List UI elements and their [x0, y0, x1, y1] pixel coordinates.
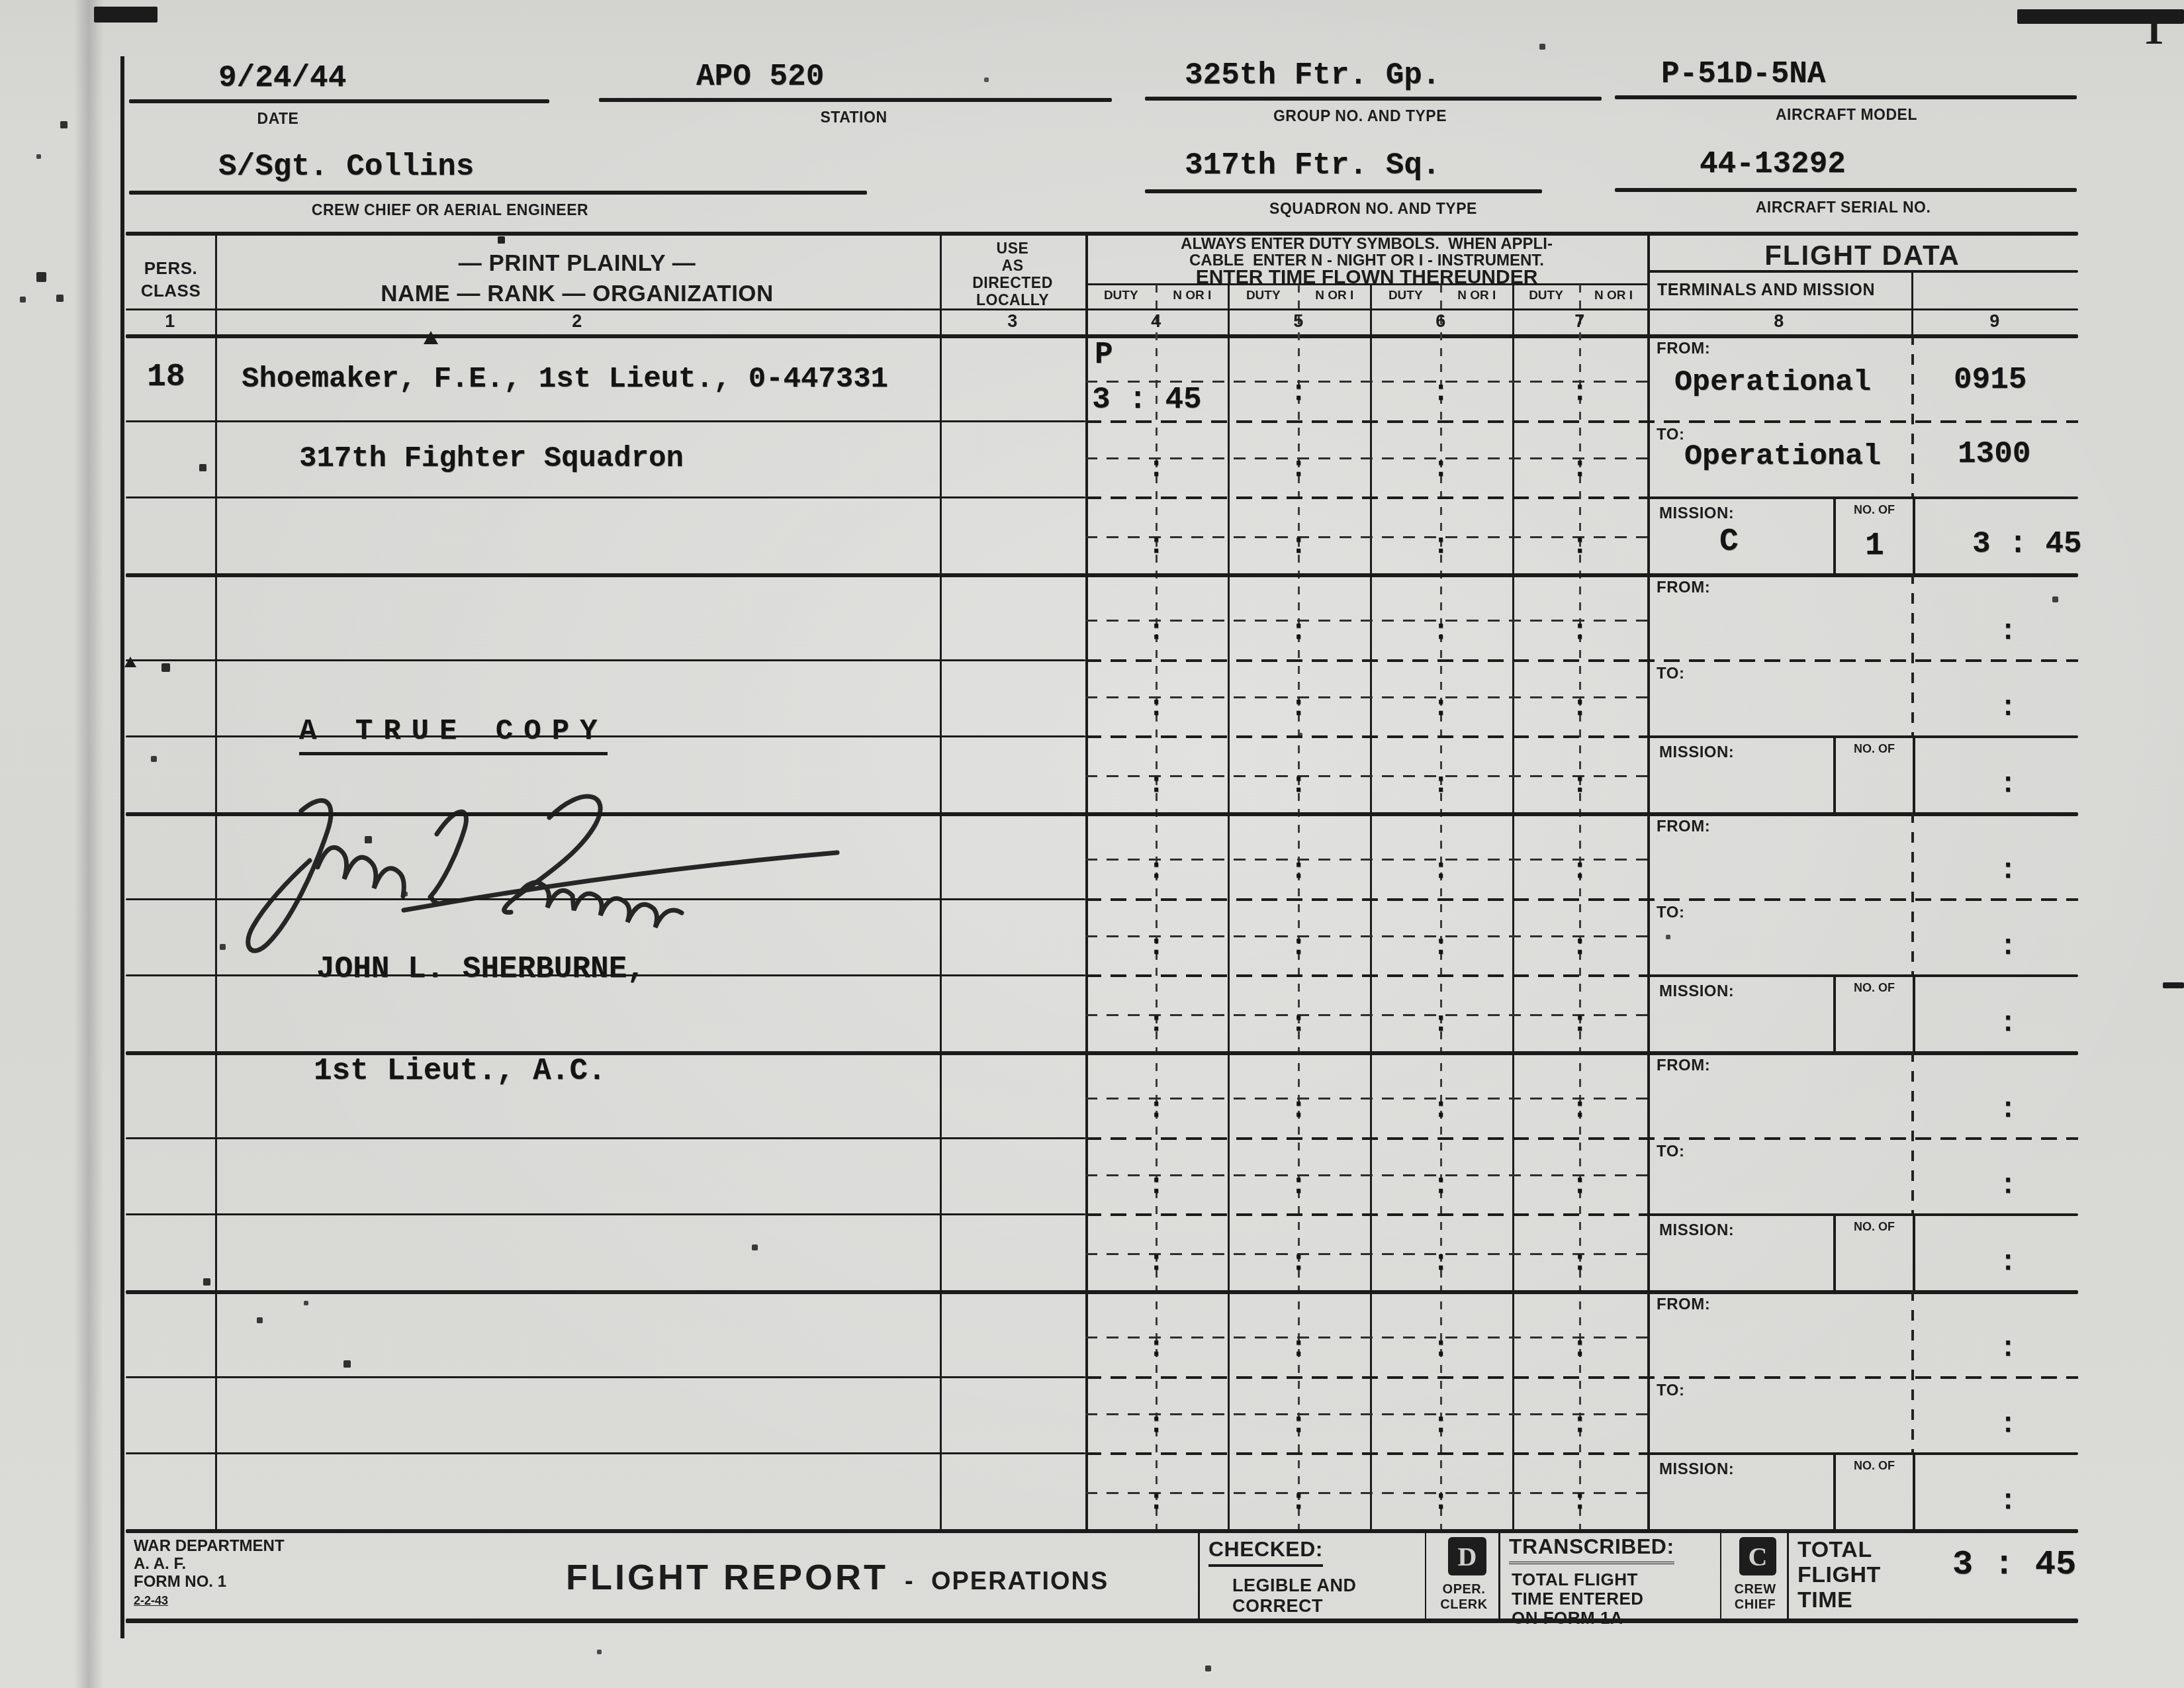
terminal-time-divider [1911, 812, 1914, 974]
duty-time-colon: : [1432, 453, 1449, 485]
duty-time-colon: : [1571, 769, 1588, 800]
duty-time-colon: : [1290, 377, 1306, 408]
band-rule-solid [1647, 735, 2078, 738]
duty-subheader-7: DUTY [1529, 289, 1563, 303]
terminal-time-divider [1911, 573, 1914, 735]
duty-subheader-5: DUTY [1246, 289, 1281, 303]
duty-time-colon: : [1432, 1170, 1449, 1201]
date-rule [129, 99, 549, 103]
duty-time-colon: : [1571, 931, 1588, 962]
band-rule-left [126, 974, 1085, 976]
entry-from-time: 0915 [1954, 363, 2026, 397]
duty-time-colon: : [1148, 1333, 1164, 1364]
paper-crease [74, 0, 103, 1688]
duty-time-colon: : [1432, 692, 1449, 724]
duty-time-colon: : [1290, 530, 1306, 561]
footer-div-3 [1498, 1529, 1500, 1622]
duty-time-colon: : [1290, 855, 1306, 886]
duty-time-colon: : [1148, 769, 1164, 800]
landings-right-rule [1913, 974, 1915, 1051]
entry-to-time: 1300 [1958, 437, 2030, 471]
model-rule [1615, 95, 2077, 99]
duty-time-colon: : [1571, 1485, 1588, 1517]
serial-label: AIRCRAFT SERIAL NO. [1756, 199, 1931, 216]
form-left-border [120, 56, 124, 1638]
column-number-8: 8 [1774, 311, 1784, 332]
band-rule-dashed [1085, 659, 2078, 662]
crew-chief-label: CREWCHIEF [1734, 1582, 1776, 1613]
station-rule [599, 98, 1112, 102]
flight-time-colon: : [1999, 1008, 2016, 1039]
entry-pers-class: 18 [147, 359, 185, 395]
column-number-2: 2 [572, 311, 582, 332]
duty-time-colon: : [1571, 616, 1588, 647]
duty-time-colon: : [1571, 855, 1588, 886]
column-number-5: 5 [1293, 311, 1304, 332]
flight-time-colon: : [1999, 1094, 2016, 1125]
footer-div-2 [1425, 1529, 1426, 1622]
terminal-time-divider [1911, 334, 1914, 496]
checked-label: CHECKED: [1208, 1537, 1323, 1567]
duty-time-colon: : [1148, 1008, 1164, 1039]
duty-time-colon: : [1571, 1409, 1588, 1440]
flight-time-colon: : [1999, 616, 2016, 647]
duty-time-colon: : [1571, 1170, 1588, 1201]
entry-duty-symbol: P [1095, 338, 1113, 372]
band-rule-dashed [1085, 735, 1647, 738]
column-number-9: 9 [1989, 311, 2000, 332]
duty-midline [1085, 457, 1647, 459]
entry-from-terminal: Operational [1674, 365, 1871, 399]
flight-time-colon: : [1999, 692, 2016, 724]
duty-time-colon: : [1432, 1333, 1449, 1364]
column-number-6: 6 [1435, 311, 1446, 332]
duty-time-colon: : [1432, 377, 1449, 408]
to-label: TO: [1657, 665, 1684, 683]
duty-time-colon: : [1290, 1409, 1306, 1440]
station-value: APO 520 [696, 60, 824, 94]
entry-to-terminal: Operational [1684, 440, 1881, 473]
group-rule [126, 1290, 2078, 1294]
duty-time-colon: : [1290, 769, 1306, 800]
mission-label: MISSION: [1659, 504, 1734, 523]
terminal-time-divider [1911, 1051, 1914, 1213]
duty-midline [1085, 1253, 1647, 1255]
signature [238, 755, 847, 953]
duty-midline [1085, 1492, 1647, 1494]
model-label: AIRCRAFT MODEL [1776, 106, 1917, 124]
duty-time-colon: : [1432, 1485, 1449, 1517]
group-rule [126, 1051, 2078, 1055]
band-rule-dashed [1085, 1213, 1647, 1216]
column-number-3: 3 [1007, 311, 1018, 332]
band-rule-solid [1647, 1213, 2078, 1216]
duty-time-colon: : [1148, 616, 1164, 647]
band-rule-left [126, 1213, 1085, 1215]
band-rule-dashed [1085, 420, 2078, 423]
flight-time-colon: : [1999, 1170, 2016, 1201]
duty-midline [1085, 1174, 1647, 1176]
form-title: FLIGHT REPORT - OPERATIONS [566, 1557, 1109, 1598]
band-rule-dashed [1085, 1137, 2078, 1140]
band-rule-dashed [1085, 898, 2078, 901]
duty-time-colon: : [1432, 1409, 1449, 1440]
mission-label: MISSION: [1659, 982, 1734, 1001]
duty-time-colon: : [1432, 1008, 1449, 1039]
band-rule-left [126, 1452, 1085, 1454]
crew-chief-stamp: C [1739, 1537, 1776, 1575]
duty-time-colon: : [1148, 453, 1164, 485]
duty-time-colon: : [1290, 1485, 1306, 1517]
band-rule-dashed [1085, 1452, 1647, 1455]
to-label: TO: [1657, 426, 1684, 444]
flight-time-colon: : [1999, 1246, 2016, 1278]
duty-time-colon: : [1290, 1094, 1306, 1125]
form-identifier: WAR DEPARTMENTA. A. F.FORM NO. 12-2-43 [134, 1537, 285, 1610]
duty-time-colon: : [1148, 692, 1164, 724]
no-of-landings-label: NO. OFLANDINGS [1854, 742, 1895, 756]
squadron-value: 317th Ftr. Sq. [1185, 148, 1440, 183]
duty-time-colon: : [1432, 931, 1449, 962]
footer-div-5 [1787, 1529, 1789, 1622]
duty-time-colon: : [1290, 616, 1306, 647]
landings-left-rule [1833, 496, 1836, 573]
duty-time-colon: : [1432, 616, 1449, 647]
duty-midline [1085, 620, 1647, 622]
duty-time-colon: : [1571, 377, 1588, 408]
entry-mission-time: 3 : 45 [1972, 527, 2082, 561]
entry-duty-time: 3 : 45 [1092, 383, 1202, 417]
print-artifact-triangle-2 [124, 657, 136, 667]
duty-time-colon: : [1571, 1333, 1588, 1364]
use-as-directed-header: USEASDIRECTEDLOCALLY [972, 240, 1053, 308]
flight-data-header: FLIGHT DATA [1764, 240, 1960, 271]
flight-report-scan: 1 9/24/44 APO 520 325th Ftr. Gp. P-51D-5… [0, 0, 2184, 1688]
duty-midline [1085, 536, 1647, 538]
landings-right-rule [1913, 735, 1915, 812]
duty-time-colon: : [1148, 530, 1164, 561]
group-rule [126, 812, 2078, 816]
entry-mission-code: C [1719, 524, 1739, 560]
duty-time-colon: : [1290, 1246, 1306, 1278]
oper-clerk-label: OPER.CLERK [1440, 1582, 1487, 1613]
duty-time-colon: : [1571, 1246, 1588, 1278]
from-label: FROM: [1657, 1295, 1710, 1314]
band-rule-solid [1647, 1452, 2078, 1455]
landings-right-rule [1913, 1213, 1915, 1290]
date-value: 9/24/44 [218, 61, 346, 95]
band-rule-dashed [1085, 974, 1647, 977]
nori-subheader-6: N OR I [1457, 289, 1496, 303]
squadron-rule [1145, 189, 1542, 193]
duty-time-colon: : [1432, 1246, 1449, 1278]
duty-midline [1085, 696, 1647, 698]
pers-class-header: PERS.CLASS [141, 257, 201, 302]
column-number-1: 1 [165, 311, 175, 332]
entry-name: Shoemaker, F.E., 1st Lieut., 0-447331 [242, 363, 888, 396]
band-rule-left [126, 420, 1085, 422]
print-artifact-triangle [424, 331, 438, 344]
duty-midline [1085, 1336, 1647, 1338]
serial-value: 44-13292 [1700, 147, 1846, 181]
mission-label: MISSION: [1659, 743, 1734, 762]
duty-time-colon: : [1290, 1333, 1306, 1364]
no-of-landings-label: NO. OFLANDINGS [1854, 1459, 1895, 1473]
print-plainly-header: — PRINT PLAINLY — [459, 250, 696, 277]
group-value: 325th Ftr. Gp. [1185, 58, 1440, 93]
model-value: P-51D-5NA [1661, 57, 1825, 91]
duty-time-colon: : [1432, 769, 1449, 800]
duty-time-colon: : [1148, 1094, 1164, 1125]
group-rule [126, 573, 2078, 577]
band-rule-left [126, 496, 1085, 498]
oper-clerk-stamp: D [1448, 1537, 1486, 1575]
band-rule-left [126, 1137, 1085, 1139]
date-label: DATE [257, 110, 299, 128]
certifier-typed-rank: 1st Lieut., A.C. [314, 1054, 606, 1088]
terminal-time-divider [1911, 1290, 1914, 1452]
duty-time-colon: : [1432, 855, 1449, 886]
column-number-4: 4 [1151, 311, 1161, 332]
no-of-landings-label: NO. OFLANDINGS [1854, 981, 1895, 995]
no-of-landings-label: NO. OFLANDINGS [1854, 503, 1895, 517]
entry-landings: 1 [1865, 528, 1884, 564]
band-rule-solid [1647, 496, 2078, 499]
duty-time-colon: : [1290, 453, 1306, 485]
duty-time-colon: : [1290, 1008, 1306, 1039]
col5-col6-rule [1370, 283, 1372, 1529]
crew-chief-label: CREW CHIEF OR AERIAL ENGINEER [312, 201, 588, 219]
col7-col8-rule [1647, 232, 1650, 1529]
duty-time-colon: : [1571, 692, 1588, 724]
scan-mark-right-edge [2163, 982, 2184, 988]
page-number-mark: 1 [2143, 5, 2165, 54]
flight-time-colon: : [1999, 1333, 2016, 1364]
flight-time-colon: : [1999, 1485, 2016, 1517]
col2-col3-rule [940, 232, 942, 1529]
landings-left-rule [1833, 1213, 1836, 1290]
duty-midline [1085, 935, 1647, 937]
group-rule [1145, 97, 1602, 101]
duty-time-colon: : [1148, 855, 1164, 886]
certifier-typed-name: JOHN L. SHERBURNE, [316, 952, 645, 986]
flight-time-colon: : [1999, 1409, 2016, 1440]
band-rule-left [126, 898, 1085, 900]
duty-time-colon: : [1148, 1485, 1164, 1517]
band-rule-left [126, 735, 1085, 737]
nori-subheader-5: N OR I [1315, 289, 1353, 303]
flight-time-colon: : [1999, 769, 2016, 800]
total-flight-time-label: TOTALFLIGHTTIME [1797, 1537, 1881, 1613]
landings-left-rule [1833, 974, 1836, 1051]
duty-midline [1085, 381, 1647, 383]
col1-col2-rule [215, 232, 217, 1529]
group-label: GROUP NO. AND TYPE [1273, 107, 1447, 125]
landings-right-rule [1913, 496, 1915, 573]
band-rule-dashed [1085, 1376, 2078, 1379]
duty-midline [1085, 1014, 1647, 1016]
table-top-rule [126, 232, 2078, 236]
duty-time-colon: : [1432, 1094, 1449, 1125]
to-label: TO: [1657, 904, 1684, 922]
column-number-7: 7 [1574, 311, 1585, 332]
duty-midline [1085, 1413, 1647, 1415]
footer-div-1 [1198, 1529, 1200, 1622]
duty-midline [1085, 1098, 1647, 1100]
from-label: FROM: [1657, 818, 1710, 836]
duty-time-colon: : [1290, 692, 1306, 724]
duty-midline [1085, 859, 1647, 861]
duty-instructions: ALWAYS ENTER DUTY SYMBOLS. WHEN APPLI-CA… [1181, 236, 1553, 287]
total-flight-time-value: 3 : 45 [1952, 1545, 2076, 1584]
duty-subheader-4: DUTY [1104, 289, 1138, 303]
footer-top-rule [126, 1529, 2078, 1533]
transcribed-label: TRANSCRIBED: [1509, 1534, 1674, 1564]
crew-chief-rule [129, 191, 867, 195]
nori-subheader-4: N OR I [1173, 289, 1211, 303]
band-rule-dashed [1085, 496, 1647, 499]
duty-time-colon: : [1148, 931, 1164, 962]
duty-time-colon: : [1290, 1170, 1306, 1201]
mission-label: MISSION: [1659, 1221, 1734, 1240]
duty-time-colon: : [1571, 1094, 1588, 1125]
crew-chief-value: S/Sgt. Collins [218, 150, 474, 184]
squadron-label: SQUADRON NO. AND TYPE [1269, 200, 1477, 218]
duty-time-colon: : [1571, 453, 1588, 485]
col3-col4-rule [1085, 232, 1088, 1529]
duty-time-colon: : [1148, 1170, 1164, 1201]
band-rule-left [126, 659, 1085, 661]
band-rule-left [126, 1376, 1085, 1378]
mission-label: MISSION: [1659, 1460, 1734, 1479]
flight-time-colon: : [1999, 931, 2016, 962]
serial-rule [1615, 188, 2077, 192]
nori-subheader-7: N OR I [1594, 289, 1633, 303]
no-of-landings-label: NO. OFLANDINGS [1854, 1220, 1895, 1234]
footer-bottom-rule [126, 1618, 2078, 1623]
footer-div-4 [1720, 1529, 1721, 1622]
transcribed-sub: TOTAL FLIGHTTIME ENTEREDON FORM 1A [1512, 1570, 1644, 1628]
terminals-mission-header: TERMINALS AND MISSION [1657, 281, 1875, 300]
duty-time-colon: : [1290, 931, 1306, 962]
flight-time-colon: : [1999, 855, 2016, 886]
colnum-top-rule [126, 308, 2078, 310]
from-label: FROM: [1657, 579, 1710, 597]
duty-time-colon: : [1148, 1409, 1164, 1440]
landings-right-rule [1913, 1452, 1915, 1529]
to-label: TO: [1657, 1382, 1684, 1400]
col6-col7-rule [1512, 283, 1514, 1529]
station-label: STATION [820, 109, 887, 126]
duty-subheader-6: DUTY [1388, 289, 1423, 303]
entry-organization: 317th Fighter Squadron [299, 442, 684, 475]
from-label: FROM: [1657, 340, 1710, 358]
duty-midline [1085, 775, 1647, 777]
to-label: TO: [1657, 1143, 1684, 1161]
scan-mark-top-left [94, 7, 158, 23]
col8-col9-header-rule [1911, 270, 1913, 334]
name-rank-header: NAME — RANK — ORGANIZATION [381, 281, 774, 307]
checked-sub: LEGIBLE ANDCORRECT [1232, 1575, 1357, 1617]
from-label: FROM: [1657, 1056, 1710, 1075]
band-rule-solid [1647, 974, 2078, 977]
duty-time-colon: : [1571, 530, 1588, 561]
duty-time-colon: : [1148, 1246, 1164, 1278]
landings-left-rule [1833, 735, 1836, 812]
duty-time-colon: : [1432, 530, 1449, 561]
landings-left-rule [1833, 1452, 1836, 1529]
ink-specks [0, 0, 1, 1]
col4-col5-rule [1228, 283, 1230, 1529]
duty-time-colon: : [1571, 1008, 1588, 1039]
